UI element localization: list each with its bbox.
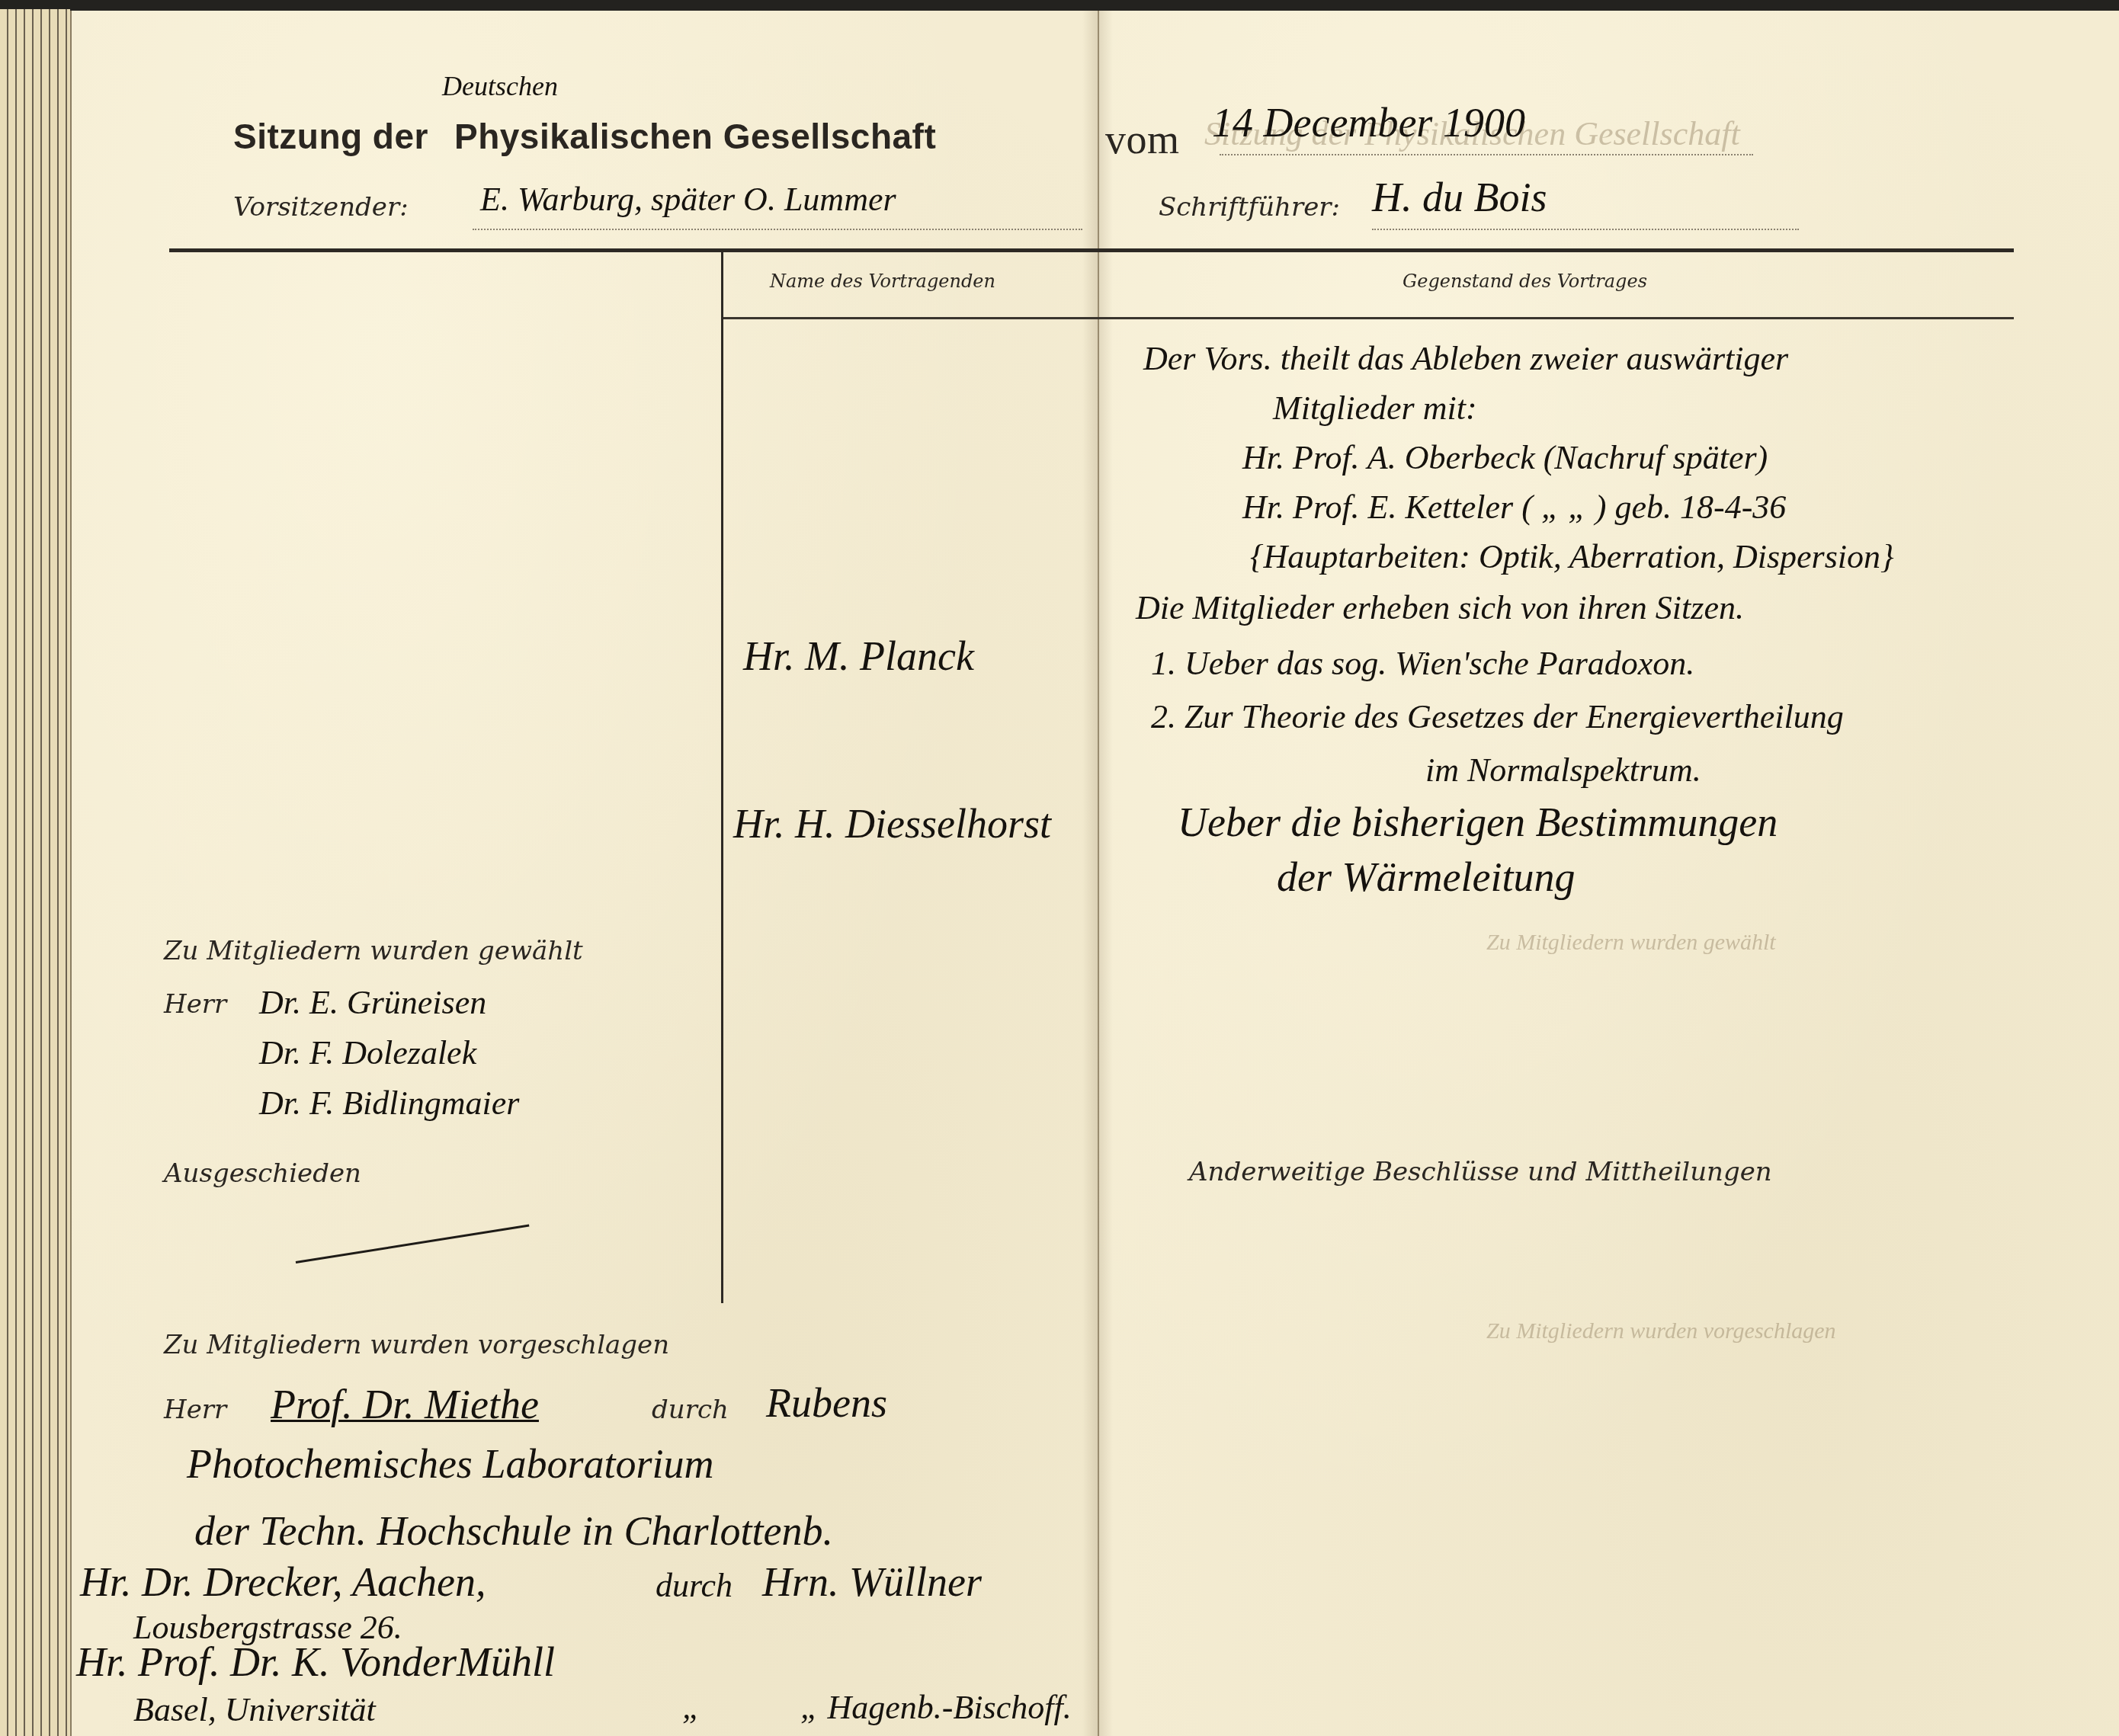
proposed-address: der Techn. Hochschule in Charlottenb. (194, 1507, 833, 1555)
proposed-address: Basel, Universität (133, 1690, 376, 1729)
announcement-line: Mitglieder mit: (1273, 389, 1477, 428)
elected-member: Dr. E. Grüneisen (259, 983, 486, 1022)
announcement-line: Der Vors. theilt das Ableben zweier ausw… (1143, 339, 1788, 378)
elected-label: Zu Mitgliedern wurden gewählt (164, 936, 583, 966)
vom-label: vom (1105, 116, 1180, 163)
secretary-label: Schriftführer: (1159, 192, 1340, 223)
bleed-through-text: Zu Mitgliedern wurden vorgeschlagen (1486, 1318, 1836, 1344)
proposed-sponsor: „ Hagenb.-Bischoff. (800, 1688, 1072, 1727)
proposed-name: Hr. Prof. Dr. K. VonderMühll (76, 1638, 555, 1686)
announcement-line: Hr. Prof. E. Ketteler ( „ „ ) geb. 18-4-… (1242, 488, 1786, 527)
elected-member: Dr. F. Bidlingmaier (259, 1084, 519, 1123)
header-rule (169, 248, 2014, 252)
secretary-value: H. du Bois (1372, 174, 1547, 221)
column-divider (721, 251, 723, 1303)
talk-topic: der Wärmeleitung (1277, 854, 1575, 901)
proposed-durch: durch (656, 1566, 733, 1605)
chair-label: Vorsitzender: (233, 192, 409, 223)
page-edges (0, 9, 70, 1736)
announcement-line: {Hauptarbeiten: Optik, Aberration, Dispe… (1250, 537, 1894, 576)
talk-topic: Ueber die bisherigen Bestimmungen (1178, 799, 1778, 846)
bleed-through-text: Zu Mitgliedern wurden gewählt (1486, 930, 1776, 956)
title-society: Physikalischen Gesellschaft (454, 116, 936, 157)
column-header-rule (721, 317, 2014, 319)
speaker-name: Hr. M. Planck (743, 633, 974, 680)
other-decisions-label: Anderweitige Beschlüsse und Mittheilunge… (1189, 1157, 1772, 1187)
speaker-name: Hr. H. Diesselhorst (733, 800, 1051, 847)
proposed-name: Prof. Dr. Miethe (271, 1381, 539, 1428)
proposed-sponsor: Hrn. Wüllner (762, 1558, 982, 1606)
proposed-sponsor: Rubens (766, 1379, 887, 1427)
announcement-line: Hr. Prof. A. Oberbeck (Nachruf später) (1242, 438, 1768, 477)
proposed-durch: „ (682, 1688, 700, 1727)
title-prefix: Sitzung der (233, 116, 428, 157)
departed-label: Ausgeschieden (164, 1158, 361, 1189)
elected-herr-label: Herr (164, 989, 226, 1020)
talk-topic: 1. Ueber das sog. Wien'sche Paradoxon. (1151, 644, 1694, 683)
speaker-column-header: Name des Vortragenden (770, 271, 995, 292)
chair-value: E. Warburg, später O. Lummer (480, 180, 896, 219)
chair-dotline (473, 229, 1082, 230)
ledger-book: Sitzung der Physikalischen Gesellschaft … (0, 0, 2119, 1736)
proposed-durch: durch (652, 1395, 729, 1425)
proposed-address: Photochemisches Laboratorium (187, 1440, 713, 1488)
elected-member: Dr. F. Dolezalek (259, 1033, 476, 1072)
topic-column-header: Gegenstand des Vortrages (1403, 271, 1647, 292)
right-page (1098, 11, 2119, 1736)
talk-topic: 2. Zur Theorie des Gesetzes der Energiev… (1151, 697, 1844, 736)
date-dotline (1220, 154, 1753, 155)
talk-topic: im Normalspektrum. (1425, 751, 1701, 790)
proposed-herr-label: Herr (164, 1395, 226, 1425)
secretary-dotline (1372, 229, 1799, 230)
session-date: 14 December 1900 (1212, 99, 1525, 146)
proposed-name: Hr. Dr. Drecker, Aachen, (80, 1558, 486, 1606)
announcement-line: Die Mitglieder erheben sich von ihren Si… (1136, 588, 1744, 627)
proposed-label: Zu Mitgliedern wurden vorgeschlagen (164, 1330, 669, 1360)
inserted-word-deutschen: Deutschen (442, 70, 558, 102)
